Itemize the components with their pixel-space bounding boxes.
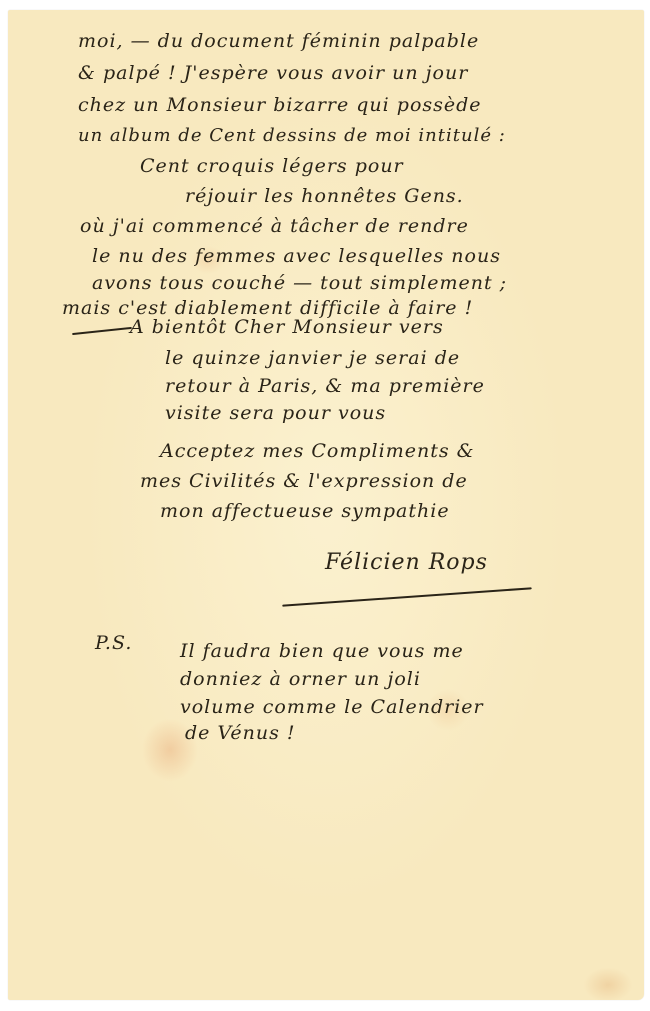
body-line: A bientôt Cher Monsieur vers — [130, 316, 444, 338]
body-line: un album de Cent dessins de moi intitulé… — [78, 125, 506, 146]
signature: Félicien Rops — [325, 550, 488, 575]
body-line: moi, — du document féminin palpable — [78, 30, 479, 52]
body-line: Cent croquis légers pour — [140, 155, 404, 177]
body-line: réjouir les honnêtes Gens. — [185, 185, 464, 207]
ps-label: P.S. — [95, 632, 132, 654]
closing-line: mes Civilités & l'expression de — [140, 470, 468, 492]
body-line: avons tous couché — tout simplement ; — [92, 272, 507, 294]
ps-line: volume comme le Calendrier — [180, 696, 484, 718]
body-line: où j'ai commencé à tâcher de rendre — [80, 215, 469, 237]
body-line: retour à Paris, & ma première — [165, 375, 485, 397]
body-line: chez un Monsieur bizarre qui possède — [78, 94, 482, 116]
ps-line: de Vénus ! — [185, 722, 296, 744]
closing-line: Acceptez mes Compliments & — [160, 440, 475, 462]
body-line: le quinze janvier je serai de — [165, 347, 460, 369]
ps-line: donniez à orner un joli — [180, 668, 421, 690]
ps-line: Il faudra bien que vous me — [180, 640, 464, 662]
body-line: le nu des femmes avec lesquelles nous — [92, 245, 501, 267]
body-line: & palpé ! J'espère vous avoir un jour — [78, 62, 468, 84]
body-line: visite sera pour vous — [165, 402, 386, 424]
closing-line: mon affectueuse sympathie — [160, 500, 450, 522]
